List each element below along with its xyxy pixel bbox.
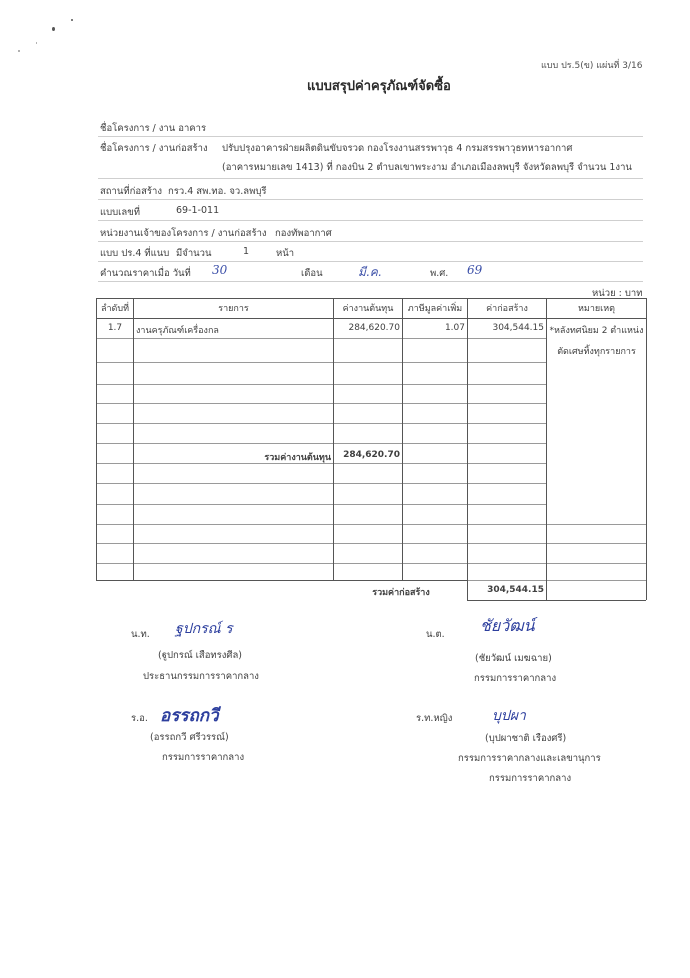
month-label: เดือน [301,266,323,281]
signer-4-role: กรรมการราคากลางและเลขานุการ [458,751,601,766]
table-gridline [133,298,134,580]
table-gridline [96,580,467,581]
attach-unit: หน้า [276,246,294,261]
total-value: 304,544.15 [468,585,544,595]
signer-2-role: กรรมการราคากลาง [474,671,556,686]
divider [98,281,643,282]
signer-3-role: กรรมการราคากลาง [162,750,244,765]
table-gridline [96,403,546,404]
table-gridline [96,384,546,385]
year-label: พ.ศ. [430,266,448,281]
table-gridline [467,580,646,581]
signer-2-rank: น.ต. [426,627,445,642]
table-gridline [96,362,546,363]
signer-2-name: (ชัยวัฒน์ เมฆฉาย) [475,651,552,666]
table-gridline [646,298,647,600]
site-label: สถานที่ก่อสร้าง [100,184,162,199]
signer-4-name: (บุปผาชาติ เรืองศรี) [485,731,566,746]
attach-label: แบบ ปร.4 ที่แนบ [100,246,169,261]
site-value: กรว.4 สพ.ทอ. จว.ลพบุรี [168,184,267,199]
table-gridline [96,443,546,444]
project-name-label: ชื่อโครงการ / งาน อาคาร [100,121,206,136]
scan-speck [18,50,20,52]
column-header-vat: ภาษีมูลค่าเพิ่ม [403,301,467,315]
subtotal-value: 284,620.70 [334,450,400,460]
row-cost: 284,620.70 [334,323,400,333]
column-header-no: ลำดับที่ [97,301,133,315]
scan-speck [36,42,37,44]
project-work-line2: (อาคารหมายเลข 1413) ที่ กองบิน 2 ตำบลเขา… [222,160,632,175]
signer-4-role-secondary: กรรมการราคากลาง [489,771,571,786]
table-gridline [467,298,468,600]
table-gridline [96,338,546,339]
row-note-line2: ตัดเศษทิ้งทุกรายการ [547,344,646,358]
table-gridline [96,563,646,564]
total-label: รวมค่าก่อสร้าง [334,585,468,599]
column-header-cost: ค่างานต้นทุน [334,301,402,315]
row-vat-factor: 1.07 [403,323,465,333]
divider [98,178,643,179]
signer-3-name: (อรรถกวี ศรีวรรณ์) [150,730,229,745]
row-note-line1: *หลังทศนิยม 2 ตำแหน่ง [547,323,646,337]
table-gridline [333,298,334,580]
project-work-line1: ปรับปรุงอาคารฝ่ายผลิตดินขับจรวด กองโรงงา… [222,141,572,156]
divider [98,241,643,242]
row-no: 1.7 [97,323,133,333]
attach-count-label: มีจำนวน [176,246,212,261]
row-construction: 304,544.15 [468,323,544,333]
table-gridline [546,298,547,600]
signer-1-signature: ฐปกรณ์ ร [175,618,233,640]
attach-count-value: 1 [243,246,249,257]
form-reference: แบบ ปร.5(ข) แผ่นที่ 3/16 [541,58,643,72]
owner-value: กองทัพอากาศ [275,226,332,241]
table-gridline [96,543,646,544]
table-gridline [96,524,646,525]
table-gridline [402,298,403,580]
plan-no-label: แบบเลขที่ [100,205,140,220]
signer-1-role: ประธานกรรมการราคากลาง [143,669,259,684]
project-work-label: ชื่อโครงการ / งานก่อสร้าง [100,141,208,156]
table-gridline [96,483,546,484]
calc-year-handwritten: 69 [467,263,482,277]
signer-3-rank: ร.อ. [131,711,148,726]
column-header-item: รายการ [134,301,333,315]
signer-1-rank: น.ท. [131,627,150,642]
calc-day-handwritten: 30 [212,263,227,277]
table-gridline [96,298,97,580]
plan-no-value: 69-1-011 [176,205,219,216]
divider [98,261,643,262]
table-gridline [96,504,546,505]
column-header-note: หมายเหตุ [547,301,646,315]
signer-2-signature: ชัยวัฒน์ [480,614,535,639]
document-title: แบบสรุปค่าครุภัณฑ์จัดซื้อ [307,75,451,96]
divider [98,199,643,200]
signer-3-signature: อรรถกวี [160,702,219,729]
divider [98,136,643,137]
scan-speck [71,19,73,21]
scan-speck [52,27,55,31]
table-gridline [96,463,546,464]
table-gridline [96,318,646,319]
divider [98,220,643,221]
calc-date-label: คำนวณราคาเมื่อ วันที่ [100,266,191,281]
owner-label: หน่วยงานเจ้าของโครงการ / งานก่อสร้าง [100,226,267,241]
calc-month-handwritten: มี.ค. [358,263,382,282]
table-gridline [96,423,546,424]
signer-1-name: (ฐูปกรณ์ เสือทรงศีล) [158,648,242,663]
signer-4-rank: ร.ท.หญิง [416,711,452,726]
table-gridline [96,298,646,299]
subtotal-label: รวมค่างานต้นทุน [134,450,331,464]
column-header-construction: ค่าก่อสร้าง [468,301,546,315]
table-gridline [467,600,646,601]
signer-4-signature: บุปผา [492,705,526,727]
row-item: งานครุภัณฑ์เครื่องกล [136,323,219,337]
